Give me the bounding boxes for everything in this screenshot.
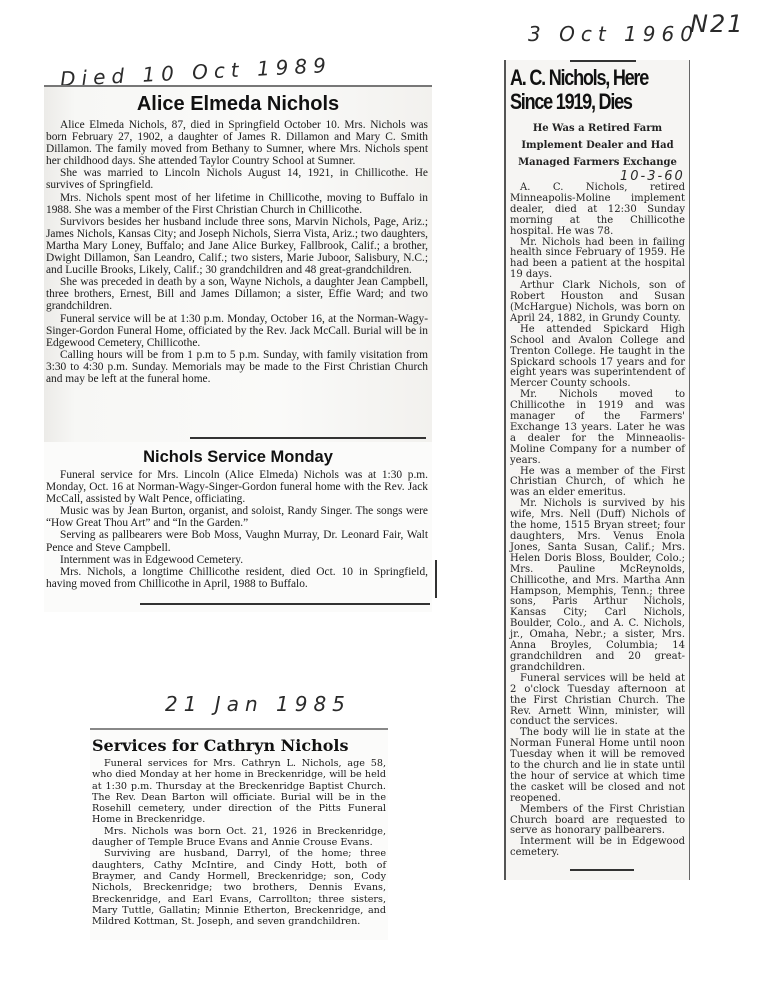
paragraph: Mrs. Nichols was born Oct. 21, 1926 in B… <box>92 826 386 849</box>
paragraph: Music was by Jean Burton, organist, and … <box>46 505 428 529</box>
ac-obituary-title-line2: Since 1919, Dies <box>510 90 654 114</box>
paragraph: Mr. Nichols moved to Chillicothe in 1919… <box>510 390 685 466</box>
service-notice-body: Funeral service for Mrs. Lincoln (Alice … <box>44 469 432 590</box>
paragraph: Members of the First Christian Church bo… <box>510 805 685 838</box>
handwritten-date-cathryn: 21 Jan 1985 <box>165 692 351 716</box>
ac-obituary-deck: He Was a Retired Farm Implement Dealer a… <box>510 120 685 171</box>
alice-obituary-clipping: Alice Elmeda Nichols Alice Elmeda Nichol… <box>44 85 432 442</box>
handwritten-date-ac: 3 Oct 1960 <box>528 22 699 46</box>
clipping-edge-mark <box>435 560 437 598</box>
ac-obituary-body: A. C. Nichols, retired Minneapolis-Molin… <box>510 183 685 859</box>
paragraph: Serving as pallbearers were Bob Moss, Va… <box>46 529 428 553</box>
ac-obituary-clipping: A. C. Nichols, Here Since 1919, Dies He … <box>504 60 690 880</box>
paragraph: He attended Spickard High School and Ava… <box>510 325 685 390</box>
deck-line: He Was a Retired Farm <box>510 120 685 137</box>
paragraph: Calling hours will be from 1 p.m to 5 p.… <box>46 349 428 385</box>
cathryn-obituary-body: Funeral services for Mrs. Cathryn L. Nic… <box>90 758 388 927</box>
paragraph: Internment was in Edgewood Cemetery. <box>46 554 428 566</box>
paragraph: The body will lie in state at the Norman… <box>510 728 685 804</box>
paragraph: He was a member of the First Christian C… <box>510 467 685 500</box>
paragraph: Funeral services for Mrs. Cathryn L. Nic… <box>92 758 386 826</box>
paragraph: Surviving are husband, Darryl, of the ho… <box>92 848 386 927</box>
cathryn-obituary-clipping: Services for Cathryn Nichols Funeral ser… <box>90 728 388 940</box>
alice-obituary-title: Alice Elmeda Nichols <box>44 93 432 116</box>
paragraph: Interment will be in Edgewood cemetery. <box>510 837 685 859</box>
masthead-rule <box>570 60 636 62</box>
paragraph: Arthur Clark Nichols, son of Robert Hous… <box>510 281 685 325</box>
paragraph: A. C. Nichols, retired Minneapolis-Molin… <box>510 183 685 238</box>
ac-obituary-title-line1: A. C. Nichols, Here <box>510 66 654 90</box>
paragraph: Survivors besides her husband include th… <box>46 216 428 276</box>
cathryn-obituary-title: Services for Cathryn Nichols <box>92 736 388 755</box>
end-rule <box>570 869 634 871</box>
paragraph: She was married to Lincoln Nichols Augus… <box>46 167 428 191</box>
handwritten-page-ref: N21 <box>690 10 745 38</box>
paragraph: Alice Elmeda Nichols, 87, died in Spring… <box>46 119 428 167</box>
paragraph: Funeral service for Mrs. Lincoln (Alice … <box>46 469 428 505</box>
service-notice-clipping: Nichols Service Monday Funeral service f… <box>44 442 432 612</box>
handwritten-clip-date: 10-3-60 <box>620 171 760 183</box>
service-notice-title: Nichols Service Monday <box>44 448 432 467</box>
paragraph: She was preceded in death by a son, Wayn… <box>46 276 428 312</box>
paragraph: Mrs. Nichols spent most of her lifetime … <box>46 192 428 216</box>
paragraph: Funeral services will be held at 2 o'clo… <box>510 674 685 729</box>
paragraph: Funeral service will be at 1:30 p.m. Mon… <box>46 313 428 349</box>
divider-rule <box>140 603 430 605</box>
paragraph: Mr. Nichols is survived by his wife, Mrs… <box>510 499 685 674</box>
alice-obituary-body: Alice Elmeda Nichols, 87, died in Spring… <box>44 119 432 385</box>
deck-line: Implement Dealer and Had <box>510 137 685 154</box>
paragraph: Mr. Nichols had been in failing health s… <box>510 238 685 282</box>
divider-rule <box>190 437 426 439</box>
paragraph: Mrs. Nichols, a longtime Chillicothe res… <box>46 566 428 590</box>
